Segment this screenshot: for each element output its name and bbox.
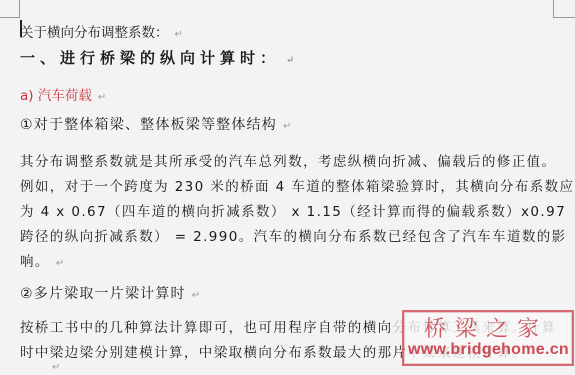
paragraph-mark-icon: ↵ [52, 362, 60, 373]
body-line[interactable]: 为 4 x 0.67（四车道的横向折减系数） x 1.15（经计算而得的偏载系数… [20, 200, 575, 220]
intro-paragraph[interactable]: 关于横向分布调整系数：↵ [20, 21, 183, 41]
case-2-heading[interactable]: ②多片梁取一片梁计算时↵ [20, 283, 201, 303]
case-1-heading[interactable]: ①对于整体箱梁、整体板梁等整体结构↵ [20, 114, 293, 134]
heading-1[interactable]: 一、进行桥梁的纵向计算时：↵ [20, 47, 294, 68]
paragraph-mark-icon: ↵ [286, 55, 294, 66]
body-line-text: 时中梁边梁分别建模计算，中梁取横向分布系数最大的那片 [20, 345, 407, 361]
case-2-text: ②多片梁取一片梁计算时 [20, 286, 186, 302]
case-1-text: ①对于整体箱梁、整体板梁等整体结构 [20, 117, 277, 133]
watermark-name: 桥梁之家 [424, 312, 548, 343]
body-line[interactable]: 其分布调整系数就是其所承受的汽车总列数，考虑纵横向折减、偏载后的修正值。 [20, 150, 556, 170]
heading-1-text: 一、进行桥梁的纵向计算时： [20, 49, 280, 67]
body-line[interactable]: 跨径的纵向折减系数） = 2.990。汽车的横向分布系数已经包含了汽车车道数的影 [20, 225, 567, 245]
body-line-text: 按桥工书中的几种算法计算即可，也可用程序自带的横向 [20, 320, 393, 336]
body-line-text: 响。 [20, 254, 50, 270]
paragraph-mark-icon: ↵ [98, 92, 106, 103]
watermark-url: www.bridgehome.cn [408, 341, 569, 359]
watermark-stamp: 桥梁之家 www.bridgehome.cn [402, 310, 574, 366]
page-margin-corner-top-left [0, 0, 20, 18]
intro-text: 关于横向分布调整系数： [20, 25, 169, 41]
body-line[interactable]: 响。↵ [20, 250, 66, 270]
paragraph-mark-icon: ↵ [56, 258, 66, 269]
heading-2[interactable]: a) 汽车荷载↵ [20, 84, 106, 104]
page-margin-corner-top-right [553, 0, 575, 18]
paragraph-mark-icon: ↵ [175, 29, 183, 40]
paragraph-mark-icon: ↵ [283, 121, 293, 132]
paragraph-mark-icon: ↵ [192, 290, 202, 301]
body-line[interactable]: 例如，对于一个跨度为 230 米的桥面 4 车道的整体箱梁验算时，其横向分布系数… [20, 175, 574, 195]
heading-2-text: a) 汽车荷载 [20, 88, 92, 104]
